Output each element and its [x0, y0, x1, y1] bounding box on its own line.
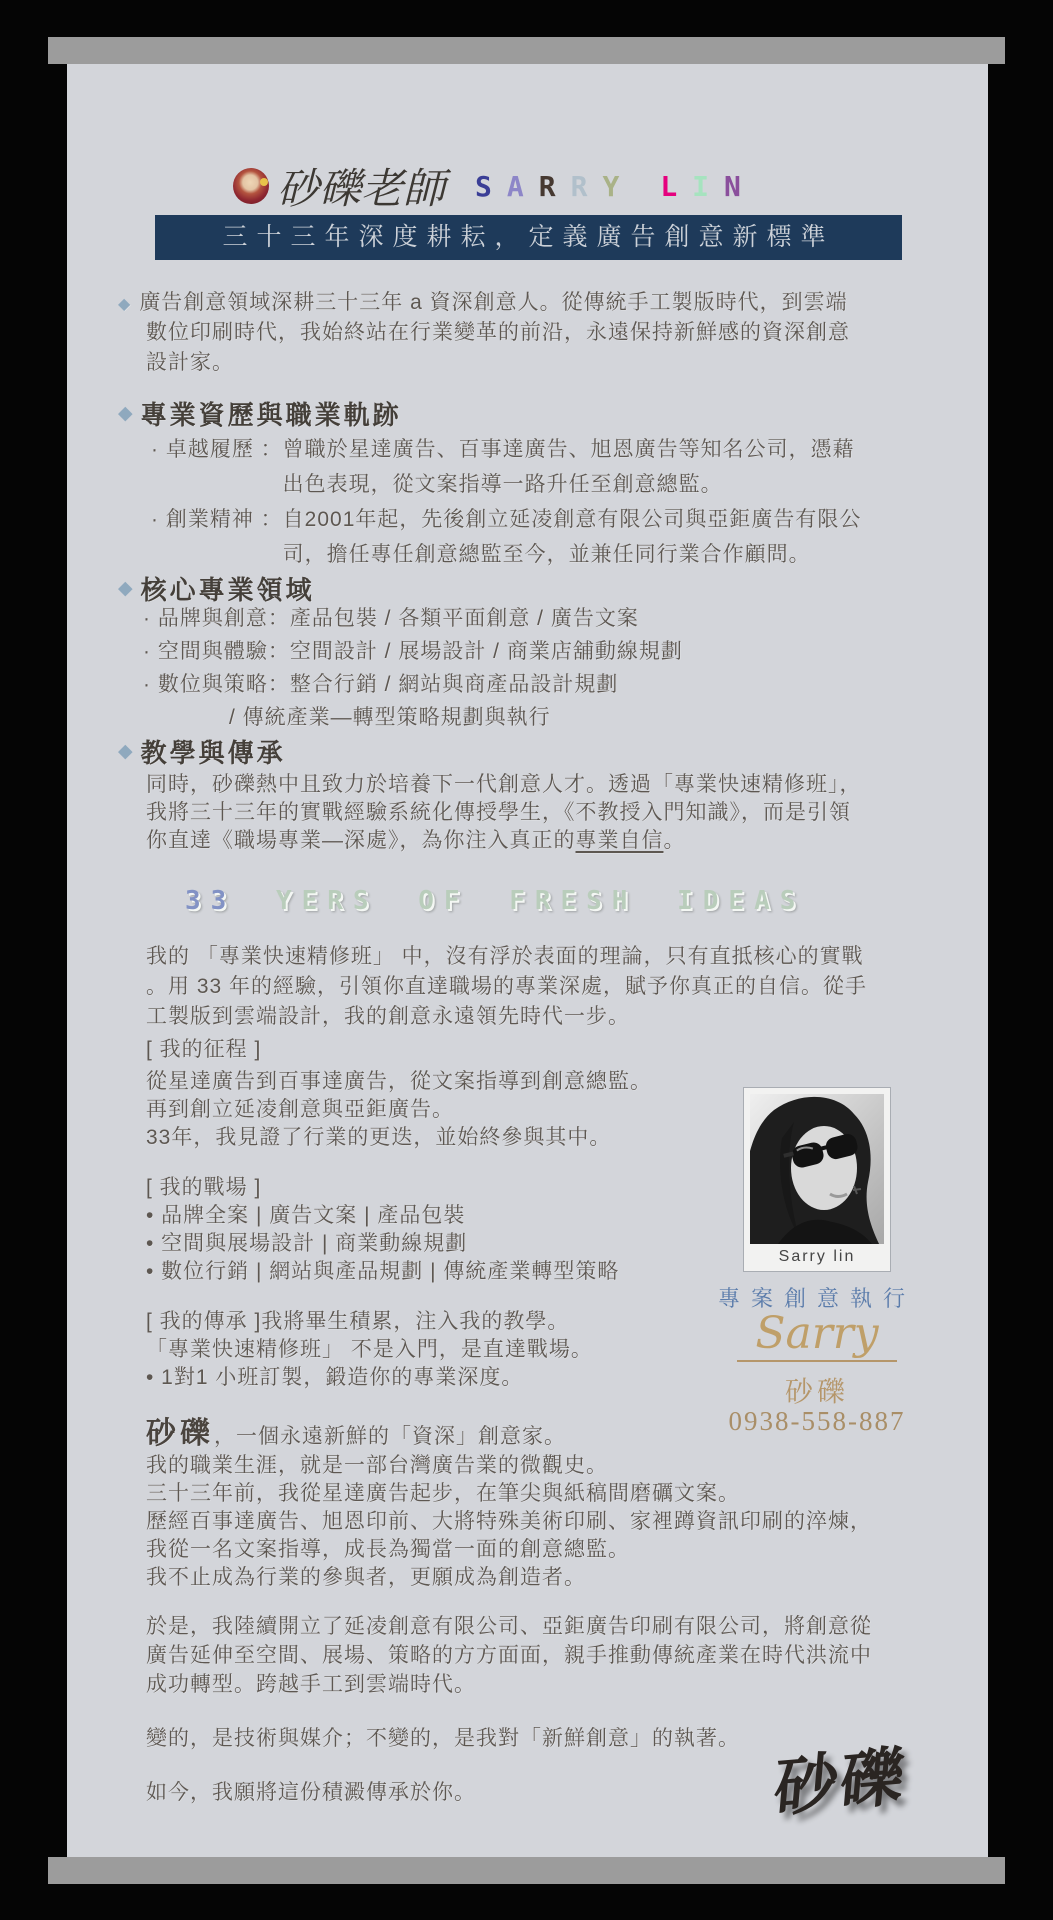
- battlefield-item: • 空間與展場設計 | 商業動線規劃: [146, 1230, 619, 1258]
- core-row-continuation: / 傳統產業—轉型策略規劃與執行: [229, 701, 683, 734]
- flyer-stage: 砂礫老師 SARRYLIN 三十三年深度耕耘，定義廣告創意新標準 ◆廣告創意領域…: [0, 0, 1053, 1920]
- brand-pixel-name: SARRYLIN: [475, 170, 756, 203]
- core-row-label: · 空間與體驗：: [143, 640, 290, 663]
- fresh-line: 。用 33 年的經驗，引領你直達職場的專業深處，賦予你真正的自信。從手: [146, 972, 867, 1002]
- career-row-label: · 創業精神 ：: [151, 502, 283, 537]
- core-row-text: 整合行銷 / 網站與商產品設計規劃: [290, 673, 619, 696]
- phone-number: 0938-558-887: [667, 1406, 967, 1437]
- content-panel: 砂礫老師 SARRYLIN 三十三年深度耕耘，定義廣告創意新標準 ◆廣告創意領域…: [67, 64, 988, 1857]
- pixel-letter: N: [724, 170, 756, 203]
- career-row-text: 曾職於星達廣告、百事達廣告、旭恩廣告等知名公司，憑藉 出色表現，從文案指導一路升…: [283, 432, 855, 502]
- intro-line: 設計家。: [118, 348, 850, 378]
- bio-lead-name: 砂礫: [146, 1408, 214, 1452]
- pixel-letter: S: [475, 170, 507, 203]
- diamond-icon: ◆: [118, 577, 133, 600]
- pixel-letter: Y: [602, 170, 634, 203]
- fresh-heading: 33 YERS OF FRESH IDEAS: [185, 886, 805, 916]
- career-row-line: 出色表現，從文案指導一路升任至創意總監。: [283, 467, 855, 502]
- teaching-line: 我將三十三年的實戰經驗系統化傳授學生，《不教授入門知識》，而是引領: [146, 799, 862, 827]
- bio-line: 歷經百事達廣告、旭恩印前、大將特殊美術印刷、家裡蹲資訊印刷的淬煉，: [146, 1508, 872, 1536]
- section-title-teaching: ◆ 教學與傳承: [118, 733, 286, 770]
- bio-paragraph-1: 我的職業生涯，就是一部台灣廣告業的微觀史。 三十三年前，我從星達廣告起步，在筆尖…: [146, 1452, 872, 1592]
- pixel-letter: A: [507, 170, 539, 203]
- core-row-label: · 品牌與創意：: [143, 607, 290, 630]
- fresh-heading-number: 33: [185, 886, 236, 916]
- career-row-line: 曾職於星達廣告、百事達廣告、旭恩廣告等知名公司，憑藉: [283, 432, 855, 467]
- intro-line: 數位印刷時代，我始終站在行業變革的前沿，永遠保持新鮮感的資深創意: [118, 318, 850, 348]
- bio-paragraph-2: 於是，我陸續開立了延凌創意有限公司、亞鉅廣告印刷有限公司，將創意從 廣告延伸至空…: [146, 1612, 872, 1699]
- battlefield-item: • 數位行銷 | 網站與產品規劃 | 傳統產業轉型策略: [146, 1258, 619, 1286]
- teaching-line: 你直達《職場專業—深處》，為你注入真正的專業自信。: [146, 827, 862, 855]
- career-row-line: 自2001年起，先後創立延凌創意有限公司與亞鉅廣告有限公: [283, 502, 862, 537]
- brand-script-name: 砂礫老師: [277, 156, 445, 216]
- legacy-block: [ 我的傳承 ]我將畢生積累，注入我的教學。 「專業快速精修班」 不是入門，是直…: [146, 1308, 593, 1392]
- career-row-label: · 卓越履歷 ：: [151, 432, 283, 467]
- bio-line: 於是，我陸續開立了延凌創意有限公司、亞鉅廣告印刷有限公司，將創意從: [146, 1612, 872, 1641]
- pixel-letter: L: [660, 170, 692, 203]
- legacy-line: • 1對1 小班訂製，鍛造你的專業深度。: [146, 1364, 593, 1392]
- pixel-letter: R: [571, 170, 603, 203]
- fresh-line: 工製版到雲端設計，我的創意永遠領先時代一步。: [146, 1002, 867, 1032]
- fresh-heading-text: YERS OF FRESH IDEAS: [276, 886, 805, 916]
- battlefield-item: • 品牌全案 | 廣告文案 | 產品包裝: [146, 1202, 619, 1230]
- brush-stamp: 砂礫: [771, 1724, 911, 1829]
- teaching-paragraph: 同時，砂礫熱中且致力於培養下一代創意人才。透過「專業快速精修班」， 我將三十三年…: [146, 771, 862, 855]
- journey-line: 從星達廣告到百事達廣告，從文案指導到創意總監。: [146, 1068, 652, 1096]
- bottom-gray-bar: [48, 1857, 1005, 1884]
- battlefield-block: [ 我的戰場 ] • 品牌全案 | 廣告文案 | 產品包裝 • 空間與展場設計 …: [146, 1174, 619, 1286]
- teaching-line: 同時，砂礫熱中且致力於培養下一代創意人才。透過「專業快速精修班」，: [146, 771, 862, 799]
- bio-line: 廣告延伸至空間、展場、策略的方方面面，親手推動傳統產業在時代洪流中: [146, 1641, 872, 1670]
- bio-paragraph-3: 變的，是技術與媒介；不變的，是我對「新鮮創意」的執著。: [146, 1724, 740, 1753]
- pixel-letter: I: [692, 170, 724, 203]
- profile-photo: [750, 1094, 884, 1244]
- diamond-icon: ◆: [118, 402, 133, 425]
- career-row: · 卓越履歷 ： 曾職於星達廣告、百事達廣告、旭恩廣告等知名公司，憑藉 出色表現…: [151, 432, 861, 502]
- core-row-text: 產品包裝 / 各類平面創意 / 廣告文案: [290, 607, 639, 630]
- core-row: · 空間與體驗：空間設計 / 展場設計 / 商業店舖動線規劃: [143, 635, 683, 668]
- legacy-line: 「專業快速精修班」 不是入門，是直達戰場。: [146, 1336, 593, 1364]
- teaching-underline-text: 專業自信: [576, 829, 664, 852]
- signature-text: Sarry: [737, 1310, 896, 1362]
- journey-line: 再到創立延凌創意與亞鉅廣告。: [146, 1096, 652, 1124]
- journey-title: [ 我的征程 ]: [146, 1036, 652, 1064]
- signature-wrap: Sarry: [687, 1310, 947, 1362]
- bio-line: 我的職業生涯，就是一部台灣廣告業的微觀史。: [146, 1452, 872, 1480]
- avatar: [233, 168, 269, 204]
- portrait-illustration: [750, 1094, 884, 1244]
- battlefield-title: [ 我的戰場 ]: [146, 1174, 619, 1202]
- bio-line: 我從一名文案指導，成長為獨當一面的創意總監。: [146, 1536, 872, 1564]
- bio-lead-rest: ，一個永遠新鮮的「資深」創意家。: [214, 1420, 566, 1450]
- core-row: · 數位與策略：整合行銷 / 網站與商產品設計規劃: [143, 668, 683, 701]
- career-rows: · 卓越履歷 ： 曾職於星達廣告、百事達廣告、旭恩廣告等知名公司，憑藉 出色表現…: [151, 432, 861, 572]
- spark-icon: [260, 178, 268, 186]
- core-row: · 品牌與創意：產品包裝 / 各類平面創意 / 廣告文案: [143, 602, 683, 635]
- bio-line: 成功轉型。跨越手工到雲端時代。: [146, 1670, 872, 1699]
- core-rows: · 品牌與創意：產品包裝 / 各類平面創意 / 廣告文案 · 空間與體驗：空間設…: [143, 602, 683, 734]
- top-gray-bar: [48, 37, 1005, 64]
- signature-name-cn: 砂礫: [687, 1370, 947, 1410]
- diamond-icon: ◆: [118, 740, 133, 763]
- profile-photo-card: Sarry lin: [743, 1087, 891, 1272]
- bio-line: 三十三年前，我從星達廣告起步，在筆尖與紙稿間磨礪文案。: [146, 1480, 872, 1508]
- photo-caption: Sarry lin: [744, 1244, 890, 1270]
- career-row-line: 司，擔任專任創意總監至今，並兼任同行業合作顧問。: [283, 537, 862, 572]
- tagline-banner: 三十三年深度耕耘，定義廣告創意新標準: [155, 215, 902, 260]
- career-row-text: 自2001年起，先後創立延凌創意有限公司與亞鉅廣告有限公 司，擔任專任創意總監至…: [283, 502, 862, 572]
- core-row-label: · 數位與策略：: [143, 673, 290, 696]
- intro-paragraph: ◆廣告創意領域深耕三十三年 a 資深創意人。從傳統手工製版時代，到雲端 數位印刷…: [118, 288, 850, 378]
- intro-line: 廣告創意領域深耕三十三年 a 資深創意人。從傳統手工製版時代，到雲端: [139, 291, 847, 314]
- bio-paragraph-4: 如今，我願將這份積澱傳承於你。: [146, 1778, 476, 1807]
- section-title-text: 專業資歷與職業軌跡: [141, 395, 402, 432]
- bio-line: 我不止成為行業的參與者，更願成為創造者。: [146, 1564, 872, 1592]
- section-title-text: 教學與傳承: [141, 733, 286, 770]
- teaching-line-pre: 你直達《職場專業—深處》，為你注入真正的: [146, 829, 576, 852]
- journey-block: [ 我的征程 ] 從星達廣告到百事達廣告，從文案指導到創意總監。 再到創立延凌創…: [146, 1036, 652, 1152]
- core-row-text: 空間設計 / 展場設計 / 商業店舖動線規劃: [290, 640, 683, 663]
- legacy-line: [ 我的傳承 ]我將畢生積累，注入我的教學。: [146, 1308, 593, 1336]
- fresh-paragraph: 我的 「專業快速精修班」 中，沒有浮於表面的理論，只有直抵核心的實戰 。用 33…: [146, 942, 867, 1032]
- career-row: · 創業精神 ： 自2001年起，先後創立延凌創意有限公司與亞鉅廣告有限公 司，…: [151, 502, 861, 572]
- brand-row: 砂礫老師 SARRYLIN: [233, 156, 756, 216]
- fresh-line: 我的 「專業快速精修班」 中，沒有浮於表面的理論，只有直抵核心的實戰: [146, 942, 867, 972]
- teaching-line-post: 。: [664, 829, 686, 852]
- section-title-career: ◆ 專業資歷與職業軌跡: [118, 395, 402, 432]
- journey-line: 33年，我見證了行業的更迭，並始終參與其中。: [146, 1124, 652, 1152]
- diamond-icon: ◆: [118, 296, 131, 313]
- pixel-letter: R: [539, 170, 571, 203]
- bio-lead: 砂礫 ，一個永遠新鮮的「資深」創意家。: [146, 1408, 566, 1452]
